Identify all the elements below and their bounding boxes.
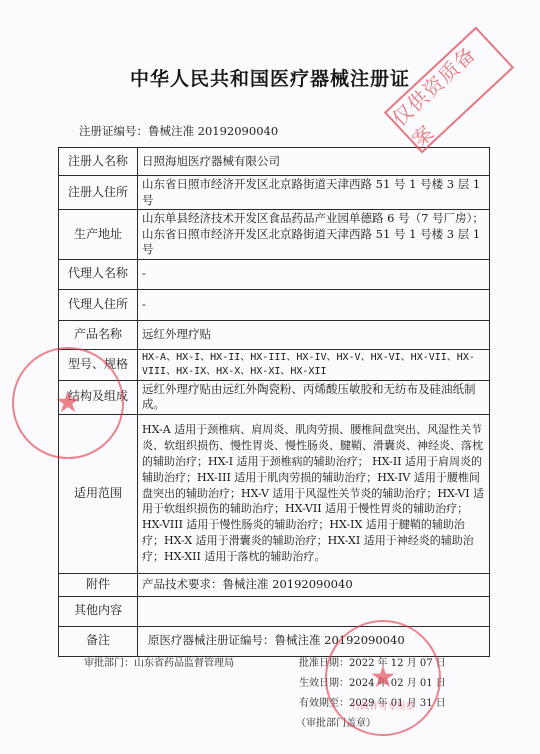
row-value: 产品技术要求：鲁械注准 20192090040 (138, 573, 490, 596)
star-icon: ★ (55, 388, 82, 418)
star-icon: ★ (370, 663, 397, 693)
row-value: 日照海旭医疗器械有限公司 (138, 148, 490, 176)
row-value: - (138, 259, 490, 289)
table-row: 代理人名称 - (59, 259, 490, 289)
row-label: 其他内容 (59, 596, 138, 626)
row-label: 代理人住所 (59, 289, 138, 320)
row-label: 注册人住所 (59, 176, 138, 210)
row-value: 远红外理疗贴由远红外陶瓷粉、丙烯酸压敏胶和无纺布及硅油纸制成。 (138, 380, 490, 414)
row-value: 原医疗器械注册证编号：鲁械注准 20192090040 (138, 626, 490, 656)
row-value: HX-A 适用于颈椎病、肩周炎、肌肉劳损、腰椎间盘突出、风湿性关节炎、软组织损伤… (138, 414, 490, 573)
row-label: 附件 (59, 573, 138, 596)
table-row: 生产地址 山东单县经济技术开发区食品药品产业园单德路 6 号（7 号厂房）；山东… (59, 210, 490, 260)
row-label: 备注 (59, 626, 138, 656)
row-value: HX-A、HX-I、HX-II、HX-III、HX-IV、HX-V、HX-VI、… (138, 349, 490, 380)
row-value: - (138, 289, 490, 320)
cert-number: 注册证编号：鲁械注准 20192090040 (79, 123, 278, 139)
approval-department: 审批部门：山东省药品监督管理局 (84, 654, 234, 669)
row-label: 产品名称 (59, 320, 138, 349)
table-row: 型号、规格 HX-A、HX-I、HX-II、HX-III、HX-IV、HX-V、… (59, 349, 490, 380)
row-value: 远红外理疗贴 (138, 320, 490, 349)
table-row: 代理人住所 - (59, 289, 490, 320)
authority-seal: ★ 行政许可专用章 (325, 620, 441, 736)
row-value (138, 596, 490, 626)
table-row: 其他内容 (59, 596, 490, 626)
row-label: 生产地址 (59, 210, 138, 260)
table-row: 产品名称 远红外理疗贴 (59, 320, 490, 349)
company-seal: ★ (12, 347, 124, 459)
authority-seal-label: 行政许可专用章 (351, 699, 414, 712)
table-row: 注册人住所 山东省日照市经济开发区北京路街道天津西路 51 号 1 号楼 3 层… (59, 176, 490, 210)
row-label: 代理人名称 (59, 259, 138, 289)
row-label: 注册人名称 (59, 148, 138, 176)
row-value: 山东单县经济技术开发区食品药品产业园单德路 6 号（7 号厂房）；山东省日照市经… (138, 210, 490, 260)
table-row: 适用范围 HX-A 适用于颈椎病、肩周炎、肌肉劳损、腰椎间盘突出、风湿性关节炎、… (59, 414, 490, 573)
table-row: 附件 产品技术要求：鲁械注准 20192090040 (59, 573, 490, 596)
row-value: 山东省日照市经济开发区北京路街道天津西路 51 号 1 号楼 3 层 1 号 (138, 176, 490, 210)
